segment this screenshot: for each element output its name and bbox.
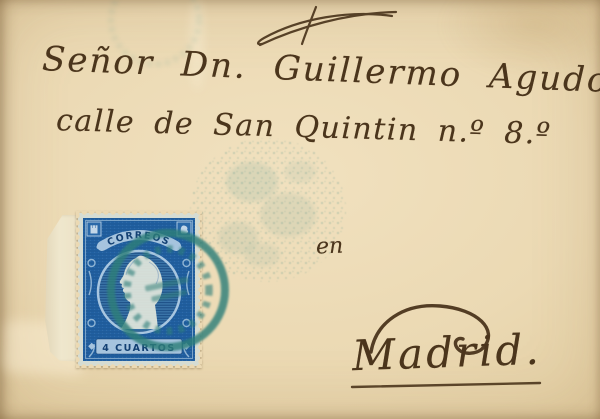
value-tablet: 4 CUARTOS [88, 339, 190, 354]
pen-flourish-top [258, 7, 396, 45]
castle-emblem-icon [87, 222, 101, 236]
address-city: Madrid. [351, 325, 542, 381]
postmark-smudge [190, 138, 346, 282]
address-street: calle de San Quintin n.º 8.º [56, 103, 552, 152]
madrid-underline [352, 383, 540, 387]
postage-stamp: CORREOS 4 CUARTOS [76, 211, 202, 368]
band-rosette-left [97, 245, 101, 249]
address-preposition: en [316, 234, 344, 260]
lion-emblem-icon [177, 222, 191, 236]
stamp-value-text: 4 CUARTOS [102, 343, 175, 354]
band-rosette-right [178, 245, 182, 249]
postal-cover-photo: CORREOS 4 CUARTOS [0, 0, 600, 419]
